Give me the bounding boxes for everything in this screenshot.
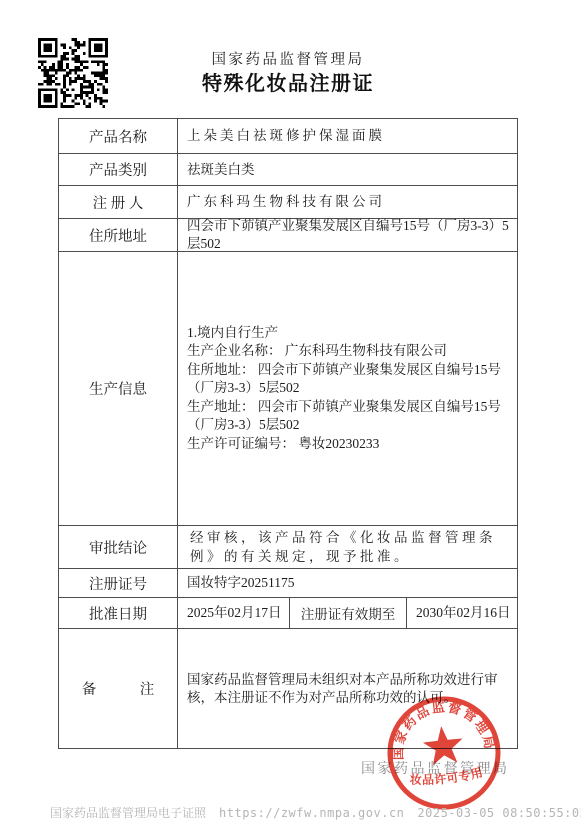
field-label-registration-number: 注册证号 bbox=[59, 569, 178, 597]
field-label-registrant: 注 册 人 bbox=[59, 186, 178, 218]
official-seal-image: 国家药品监督管理局 化妆品许可专用章 bbox=[377, 686, 511, 820]
field-value-approval-date: 2025年02月17日 bbox=[178, 598, 290, 628]
field-value-registration-number: 国妆特字20251175 bbox=[178, 569, 517, 597]
footer-url: https://zwfw.nmpa.gov.cn bbox=[219, 806, 404, 820]
field-label-valid-until: 注册证有效期至 bbox=[290, 598, 407, 628]
certificate-page: 国家药品监督管理局 特殊化妆品注册证 产品名称 上朵美白祛斑修护保湿面膜 产品类… bbox=[0, 0, 581, 831]
certificate-table: 产品名称 上朵美白祛斑修护保湿面膜 产品类别 祛斑美白类 注 册 人 广东科玛生… bbox=[58, 118, 518, 749]
field-label-approval-date: 批准日期 bbox=[59, 598, 178, 628]
row-registration-number: 注册证号 国妆特字20251175 bbox=[59, 569, 517, 598]
valid-until-label-text: 注册证有效期至 bbox=[301, 603, 396, 623]
field-value-production-info: 1.境内自行生产 生产企业名称： 广东科玛生物科技有限公司 住所地址： 四会市下… bbox=[178, 252, 517, 525]
field-label-residence-address: 住所地址 bbox=[59, 219, 178, 251]
field-label-approval-conclusion: 审批结论 bbox=[59, 526, 178, 568]
row-product-category: 产品类别 祛斑美白类 bbox=[59, 154, 517, 186]
field-label-production-info: 生产信息 bbox=[59, 252, 178, 525]
footer-label: 国家药品监督管理局电子证照 bbox=[50, 804, 206, 821]
field-value-product-name: 上朵美白祛斑修护保湿面膜 bbox=[178, 119, 517, 153]
row-production-info: 生产信息 1.境内自行生产 生产企业名称： 广东科玛生物科技有限公司 住所地址：… bbox=[59, 252, 517, 526]
seal-star-icon bbox=[421, 724, 465, 766]
row-residence-address: 住所地址 四会市下茆镇产业聚集发展区自编号15号（厂房3-3）5层502 bbox=[59, 219, 517, 252]
row-approval-conclusion: 审批结论 经审核，该产品符合《化妆品监督管理条例》的有关规定，现予批准。 bbox=[59, 526, 517, 569]
row-registrant: 注 册 人 广东科玛生物科技有限公司 bbox=[59, 186, 517, 219]
field-label-product-category: 产品类别 bbox=[59, 154, 178, 185]
footer: 国家药品监督管理局电子证照 https://zwfw.nmpa.gov.cn 2… bbox=[50, 804, 560, 821]
field-value-product-category: 祛斑美白类 bbox=[178, 154, 517, 185]
row-product-name: 产品名称 上朵美白祛斑修护保湿面膜 bbox=[59, 119, 517, 154]
footer-timestamp: 2025-03-05 08:50:55:055 bbox=[417, 806, 581, 820]
field-value-registrant: 广东科玛生物科技有限公司 bbox=[178, 186, 517, 218]
field-value-residence-address: 四会市下茆镇产业聚集发展区自编号15号（厂房3-3）5层502 bbox=[178, 219, 517, 251]
certificate-title: 特殊化妆品注册证 bbox=[0, 67, 576, 96]
field-value-approval-conclusion: 经审核，该产品符合《化妆品监督管理条例》的有关规定，现予批准。 bbox=[178, 526, 517, 568]
issuing-authority-title: 国家药品监督管理局 bbox=[0, 48, 576, 69]
field-label-product-name: 产品名称 bbox=[59, 119, 178, 153]
row-approval-date: 批准日期 2025年02月17日 注册证有效期至 2030年02月16日 bbox=[59, 598, 517, 629]
official-seal: 国家药品监督管理局 化妆品许可专用章 bbox=[377, 686, 511, 820]
field-label-remarks: 备 注 bbox=[59, 629, 178, 748]
field-value-valid-until: 2030年02月16日 bbox=[407, 598, 517, 628]
